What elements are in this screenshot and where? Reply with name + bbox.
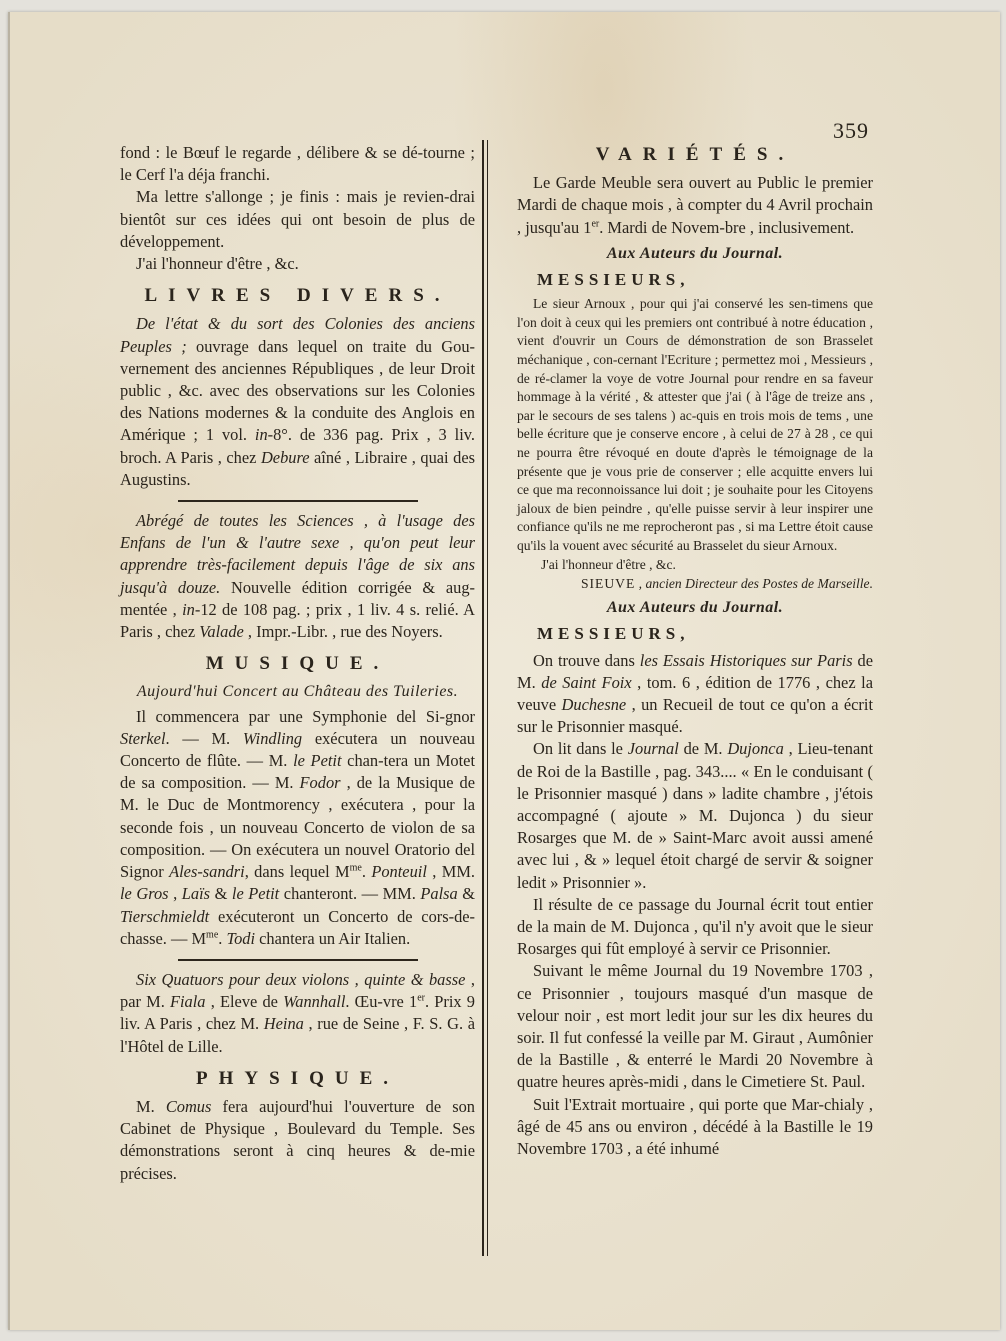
section-divider — [178, 500, 418, 502]
publisher-name: Debure — [261, 448, 310, 467]
masque-paragraph-3: Il résulte de ce passage du Journal écri… — [517, 894, 873, 961]
signature-title: , ancien Directeur des Postes de Marseil… — [635, 576, 873, 591]
letter-salutation: MESSIEURS, — [537, 623, 873, 645]
masque-paragraph-5: Suit l'Extrait mortuaire , qui porte que… — [517, 1094, 873, 1161]
letter-subheading: Aux Auteurs du Journal. — [517, 597, 873, 619]
signature-name: SIEUVE — [581, 576, 635, 591]
masque-paragraph-1: On trouve dans les Essais Historiques su… — [517, 650, 873, 739]
letter-continuation: fond : le Bœuf le regarde , délibere & s… — [120, 142, 475, 186]
left-column: fond : le Bœuf le regarde , délibere & s… — [120, 142, 475, 1185]
letter-closing: J'ai l'honneur d'être , &c. — [120, 253, 475, 275]
book-listing-colonies: De l'état & du sort des Colonies des anc… — [120, 313, 475, 491]
journal-page: 359 fond : le Bœuf le regarde , délibere… — [8, 12, 1000, 1330]
letter-subheading: Aux Auteurs du Journal. — [517, 243, 873, 265]
right-column: VARIÉTÉS. Le Garde Meuble sera ouvert au… — [517, 142, 873, 1160]
concert-subheading: Aujourd'hui Concert au Château des Tuile… — [120, 681, 475, 703]
section-heading-musique: MUSIQUE. — [120, 653, 475, 675]
column-divider — [482, 140, 488, 1256]
section-heading-varietes: VARIÉTÉS. — [517, 144, 873, 166]
quatuors-listing: Six Quatuors pour deux violons , quinte … — [120, 969, 475, 1058]
concert-program: Il commencera par une Symphonie del Si-g… — [120, 706, 475, 950]
letter-arnoux-body: Le sieur Arnoux , pour qui j'ai conservé… — [517, 295, 873, 555]
letter-salutation: MESSIEURS, — [537, 269, 873, 291]
masque-paragraph-2: On lit dans le Journal de M. Dujonca , L… — [517, 738, 873, 893]
masque-paragraph-4: Suivant le même Journal du 19 Novembre 1… — [517, 960, 873, 1093]
section-divider — [178, 959, 418, 961]
letter-paragraph: Ma lettre s'allonge ; je finis : mais je… — [120, 186, 475, 253]
book-listing-sciences: Abrégé de toutes les Sciences , à l'usag… — [120, 510, 475, 643]
section-heading-physique: PHYSIQUE. — [120, 1068, 475, 1090]
publisher-name: Valade — [199, 622, 244, 641]
garde-meuble-notice: Le Garde Meuble sera ouvert au Public le… — [517, 172, 873, 239]
physique-notice: M. Comus fera aujourd'hui l'ouverture de… — [120, 1096, 475, 1185]
letter-closing: J'ai l'honneur d'être , &c. — [517, 556, 873, 575]
section-heading-livres-divers: LIVRES DIVERS. — [120, 285, 475, 307]
letter-signature: SIEUVE , ancien Directeur des Postes de … — [517, 574, 873, 593]
page-number: 359 — [833, 118, 869, 144]
